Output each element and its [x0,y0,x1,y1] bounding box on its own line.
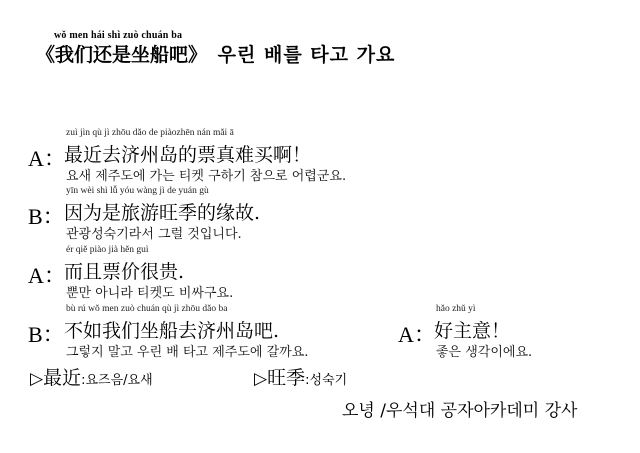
title-chinese: 《我们还是坐船吧》 [36,44,207,66]
chinese-sentence: 最近去济州岛的票真难买啊！ [64,140,311,167]
speaker-label: B： [28,200,65,231]
chinese-sentence: 而且票价很贵. [64,257,184,284]
pinyin: bù rú wǒ men zuò chuán qù jì zhōu dǎo ba [66,304,227,314]
korean-translation: 관광성숙기라서 그럴 것입니다. [66,223,242,242]
speaker-label: A： [28,259,66,290]
pinyin: yīn wèi shì lǚ yóu wàng jì de yuán gù [66,186,209,196]
triangle-icon: ▷ [30,369,43,389]
chinese-sentence: 好主意！ [434,316,510,343]
korean-translation: 그렇지 말고 우린 배 타고 제주도에 갈까요. [66,341,308,360]
vocab-meaning: :성숙기 [305,373,347,388]
pinyin: ér qiě piào jià hěn guì [66,245,149,255]
chinese-sentence: 不如我们坐船去济州岛吧. [64,316,279,343]
korean-translation: 좋은 생각이에요. [436,341,532,360]
pinyin: zuì jìn qù jì zhōu dǎo de piàozhēn nán m… [66,128,234,138]
korean-translation: 뿐만 아니라 티켓도 비싸구요. [66,282,233,301]
speaker-label: A： [398,318,436,349]
pinyin: hǎo zhǔ yì [436,304,476,314]
title-text: 《我们还是坐船吧》 우린 배를 타고 가요 [36,40,395,67]
author-credit: 오녕 /우석대 공자아카데미 강사 [342,396,577,421]
chinese-sentence: 因为是旅游旺季的缘故. [64,198,260,225]
vocab-word: 最近 [43,367,81,389]
vocab-item-2: ▷旺季:성숙기 [254,363,347,390]
speaker-label: A： [28,142,66,173]
vocab-item-1: ▷最近:요즈음/요새 [30,363,153,390]
title-korean: 우린 배를 타고 가요 [218,44,396,66]
vocab-word: 旺季 [267,367,305,389]
triangle-icon: ▷ [254,369,267,389]
speaker-label: B： [28,318,65,349]
korean-translation: 요새 제주도에 가는 티켓 구하기 참으로 어렵군요. [66,165,346,184]
vocab-meaning: :요즈음/요새 [81,373,153,388]
